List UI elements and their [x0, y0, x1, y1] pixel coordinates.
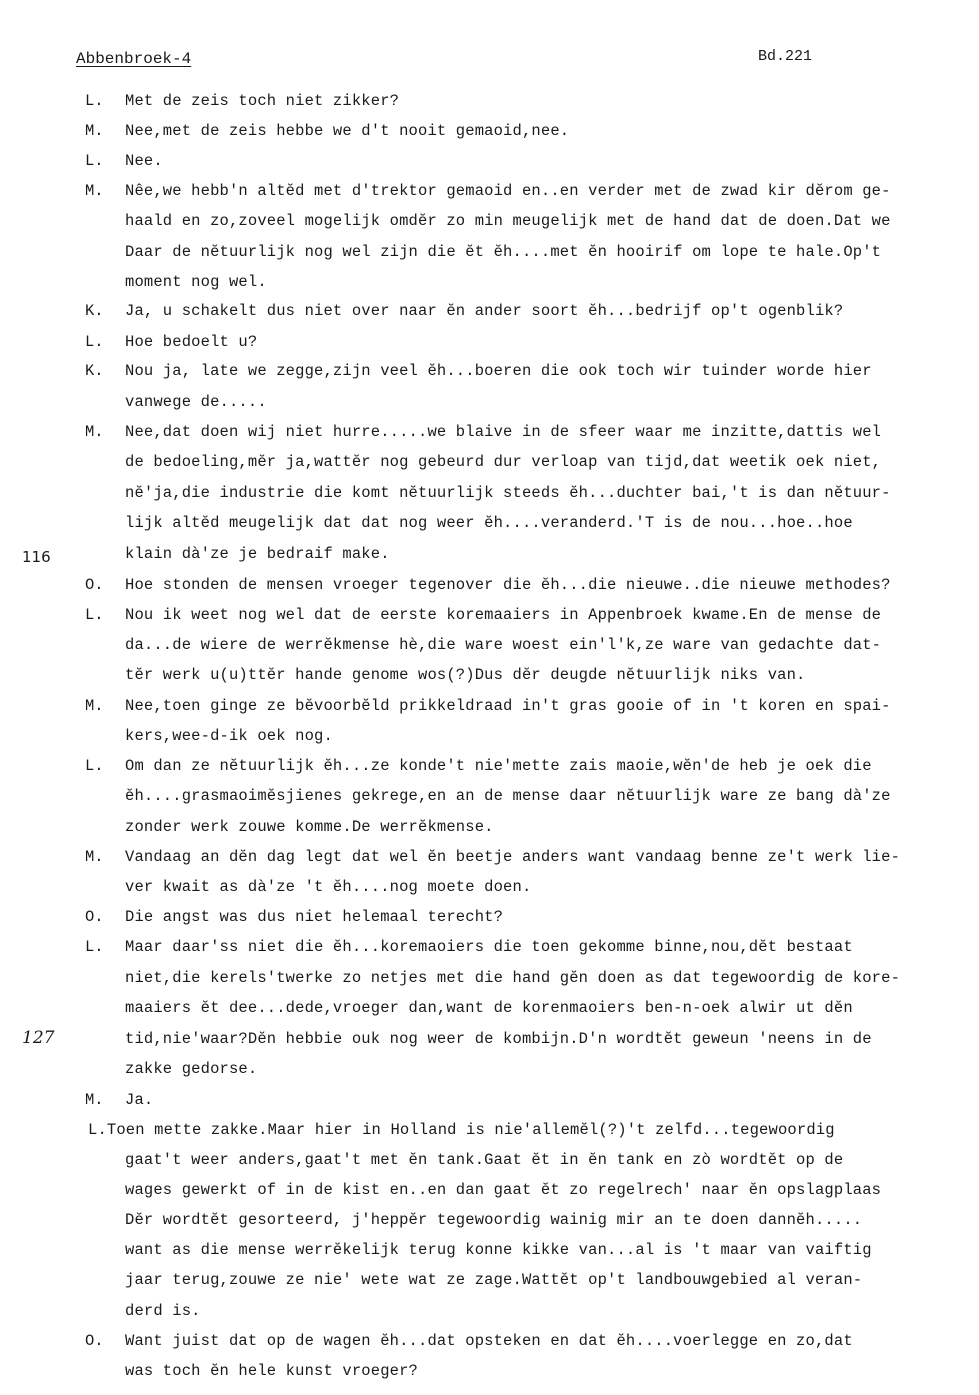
- transcript-line: lijk altĕd meugelijk dat dat nog weer ĕh…: [125, 514, 853, 532]
- speaker-label: M.: [85, 423, 104, 441]
- transcript-line: Nee.: [125, 152, 163, 170]
- speaker-label: L.: [85, 606, 104, 624]
- transcript-line: Die angst was dus niet helemaal terecht?: [125, 908, 503, 926]
- speaker-label: L.: [85, 938, 104, 956]
- transcript-line: L.Toen mette zakke.Maar hier in Holland …: [88, 1121, 835, 1139]
- transcript-line: Hoe bedoelt u?: [125, 333, 257, 351]
- speaker-label: L.: [85, 757, 104, 775]
- transcript-line: zonder werk zouwe komme.De werrĕkmense.: [125, 818, 494, 836]
- transcript-line: jaar terug,zouwe ze nie' wete wat ze zag…: [125, 1271, 862, 1289]
- transcript-page: Abbenbroek-4 Bd.221 116127 L.Met de zeis…: [0, 0, 979, 1395]
- transcript-line: wages gewerkt of in de kist en..en dan g…: [125, 1181, 881, 1199]
- transcript-line: Vandaag an dĕn dag legt dat wel ĕn beetj…: [125, 848, 900, 866]
- transcript-line: Daar de nĕtuurlijk nog wel zijn die ĕt ĕ…: [125, 243, 881, 261]
- transcript-line: Nêe,we hebb'n altĕd met d'trektor gemaoi…: [125, 182, 891, 200]
- transcript-line: vanwege de.....: [125, 393, 267, 411]
- transcript-line: Want juist dat op de wagen ĕh...dat opst…: [125, 1332, 853, 1350]
- transcript-line: niet,die kerels'twerke zo netjes met die…: [125, 969, 900, 987]
- speaker-label: M.: [85, 1091, 104, 1109]
- margin-line-number: 116: [22, 548, 51, 566]
- transcript-line: Hoe stonden de mensen vroeger tegenover …: [125, 576, 891, 594]
- transcript-line: Ja.: [125, 1091, 153, 1109]
- transcript-line: Nee,toen ginge ze bĕvoorbĕld prikkeldraa…: [125, 697, 891, 715]
- transcript-line: Nee,dat doen wij niet hurre.....we blaiv…: [125, 423, 881, 441]
- transcript-line: ĕh....grasmaoimĕsjienes gekrege,en an de…: [125, 787, 891, 805]
- transcript-line: ver kwait as dà'ze 't ĕh....nog moete do…: [125, 878, 531, 896]
- speaker-label: O.: [85, 908, 104, 926]
- transcript-line: Nou ik weet nog wel dat de eerste korema…: [125, 606, 881, 624]
- speaker-label: L.: [85, 92, 104, 110]
- speaker-label: M.: [85, 848, 104, 866]
- transcript-line: Met de zeis toch niet zikker?: [125, 92, 399, 110]
- transcript-line: haald en zo,zoveel mogelijk omdĕr zo min…: [125, 212, 891, 230]
- margin-line-number: 127: [22, 1028, 54, 1048]
- transcript-line: moment nog wel.: [125, 273, 267, 291]
- transcript-line: nĕ'ja,die industrie die komt nĕtuurlijk …: [125, 484, 891, 502]
- speaker-label: M.: [85, 122, 104, 140]
- transcript-line: Om dan ze nĕtuurlijk ĕh...ze konde't nie…: [125, 757, 872, 775]
- transcript-line: kers,wee-d-ik oek nog.: [125, 727, 333, 745]
- speaker-label: O.: [85, 1332, 104, 1350]
- transcript-line: klain dà'ze je bedraif make.: [125, 545, 390, 563]
- transcript-line: Maar daar'ss niet die ĕh...koremaoiers d…: [125, 938, 853, 956]
- transcript-line: gaat't weer anders,gaat't met ĕn tank.Ga…: [125, 1151, 843, 1169]
- speaker-label: O.: [85, 576, 104, 594]
- transcript-line: want as die mense werrĕkelijk terug konn…: [125, 1241, 872, 1259]
- transcript-line: da...de wiere de werrĕkmense hè,die ware…: [125, 636, 881, 654]
- transcript-line: de bedoeling,mĕr ja,wattĕr nog gebeurd d…: [125, 453, 881, 471]
- transcript-line: Dĕr wordtĕt gesorteerd, j'heppĕr tegewoo…: [125, 1211, 862, 1229]
- transcript-line: Ja, u schakelt dus niet over naar ĕn and…: [125, 302, 843, 320]
- transcript-line: tĕr werk u(u)ttĕr hande genome wos(?)Dus…: [125, 666, 806, 684]
- page-reference: Bd.221: [758, 48, 812, 65]
- transcript-line: maaiers ĕt dee...dede,vroeger dan,want d…: [125, 999, 853, 1017]
- transcript-line: tid,nie'waar?Dĕn hebbie ouk nog weer de …: [125, 1030, 872, 1048]
- speaker-label: K.: [85, 362, 104, 380]
- transcript-line: derd is.: [125, 1302, 201, 1320]
- speaker-label: M.: [85, 697, 104, 715]
- document-title: Abbenbroek-4: [76, 50, 191, 68]
- speaker-label: L.: [85, 333, 104, 351]
- transcript-line: was toch ĕn hele kunst vroeger?: [125, 1362, 418, 1380]
- speaker-label: M.: [85, 182, 104, 200]
- transcript-line: Nee,met de zeis hebbe we d't nooit gemao…: [125, 122, 569, 140]
- transcript-line: Nou ja, late we zegge,zijn veel ĕh...boe…: [125, 362, 872, 380]
- speaker-label: K.: [85, 302, 104, 320]
- speaker-label: L.: [85, 152, 104, 170]
- transcript-line: zakke gedorse.: [125, 1060, 257, 1078]
